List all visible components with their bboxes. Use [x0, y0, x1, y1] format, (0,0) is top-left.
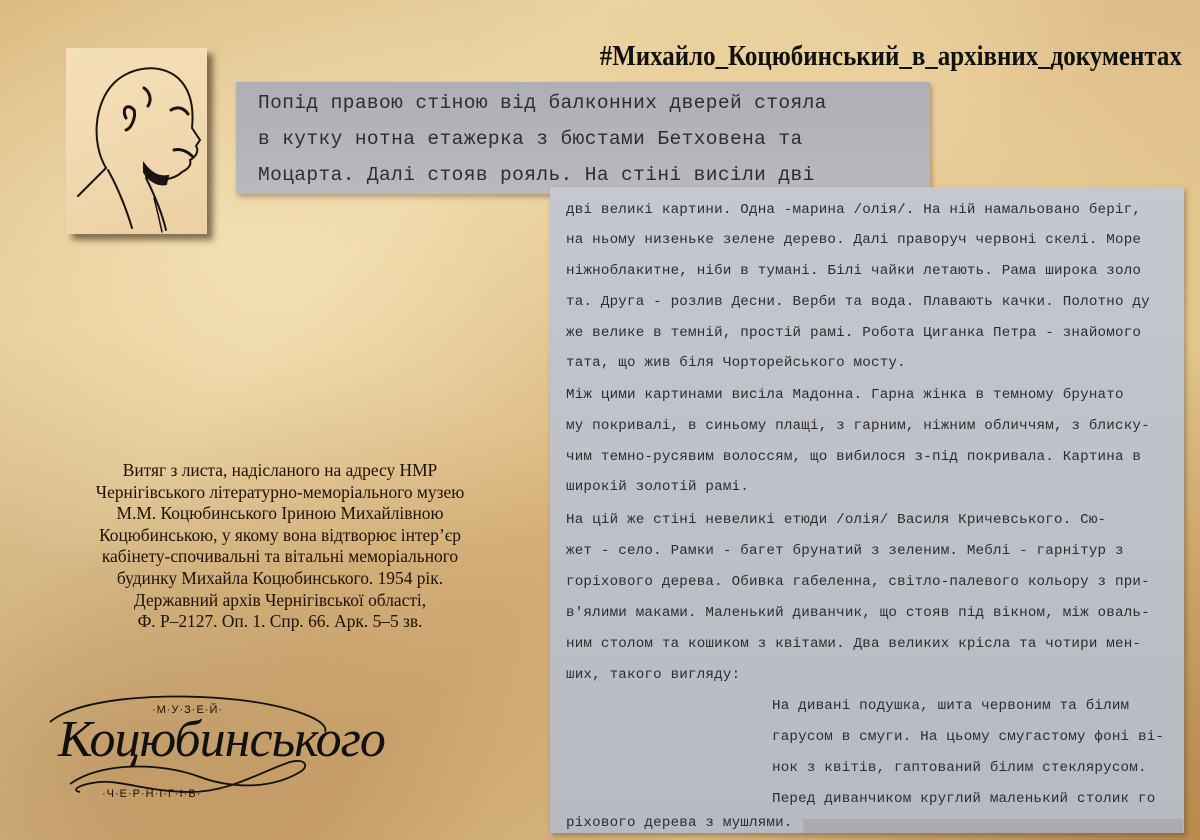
museum-logo: ·М·У·З·Е·Й· Коцюбинського ·Ч·Е·Р·Н·І·Г·І… [40, 692, 340, 807]
document-line: ним столом та кошиком з квітами. Два вел… [566, 636, 1141, 652]
document-line: жет - село. Рамки - багет брунатий з зел… [566, 543, 1124, 559]
document-line: же велике в темній, простій рамі. Робота… [566, 325, 1141, 341]
document-line: гарусом в смуги. На цьому смугастому фон… [772, 729, 1164, 745]
hashtag-title: #Михайло_Коцюбинський_в_архівних_докумен… [600, 40, 1182, 73]
caption-line: Ф. Р–2127. Оп. 1. Спр. 66. Арк. 5–5 зв. [40, 611, 520, 633]
document-line: чим темно-русявим волоссям, що вибилося … [566, 449, 1141, 465]
document-line: дві великі картини. Одна -марина /олія/.… [566, 202, 1141, 218]
caption-text: Витяг з листа, надісланого на адресу НМР… [40, 460, 520, 633]
document-line: ріхового дерева з мушлями. [566, 815, 793, 831]
portrait-sketch-icon [66, 48, 207, 234]
caption-line: М.М. Коцюбинського Іриною Михайлівною [40, 503, 520, 525]
logo-bottom-text: ·Ч·Е·Р·Н·І·Г·І·В· [102, 788, 201, 800]
document-line: нок з квітів, гаптований білим стеклярус… [772, 760, 1147, 776]
document-line: горіхового дерева. Обивка габеленна, сві… [566, 574, 1150, 590]
logo-script-text: Коцюбинського [58, 710, 385, 769]
document-line: широкій золотій рамі. [566, 479, 749, 495]
document-line: На цій же стіні невеликі етюди /олія/ Ва… [566, 512, 1106, 528]
caption-line: Коцюбинською, у якому вона відтворює інт… [40, 525, 520, 547]
document-line: в кутку нотна етажерка з бюстами Бетхове… [258, 128, 803, 150]
document-line: на ньому низеньке зелене дерево. Далі пр… [566, 232, 1141, 248]
caption-line: будинку Михайла Коцюбинського. 1954 рік. [40, 568, 520, 590]
document-line: Моцарта. Далі стояв рояль. На стіні висі… [258, 164, 815, 186]
document-fragment-main: дві великі картини. Одна -марина /олія/.… [550, 187, 1184, 833]
document-line: ших, такого вигляду: [566, 667, 740, 683]
caption-line: Чернігівського літературно-меморіального… [40, 482, 520, 504]
caption-line: Витяг з листа, надісланого на адресу НМР [40, 460, 520, 482]
document-line: Між цими картинами висіла Мадонна. Гарна… [566, 387, 1124, 403]
caption-line: Державний архів Чернігівської області, [40, 590, 520, 612]
document-line: На дивані подушка, шита червоним та біли… [772, 698, 1129, 714]
document-line: та. Друга - розлив Десни. Верби та вода.… [566, 294, 1150, 310]
document-crop-edge [803, 819, 1183, 833]
document-line: му покривалі, в синьому плащі, з гарним,… [566, 418, 1150, 434]
document-line: Попід правою стіною від балконних дверей… [258, 92, 827, 114]
document-line: ніжноблакитне, ніби в тумані. Білі чайки… [566, 263, 1141, 279]
document-line: в'ялими маками. Маленький диванчик, що с… [566, 605, 1150, 621]
document-line: тата, що жив біля Чорторейського мосту. [566, 355, 906, 371]
caption-line: кабінету-спочивальні та вітальні меморіа… [40, 546, 520, 568]
portrait-image [66, 48, 207, 234]
document-line: Перед диванчиком круглий маленький столи… [772, 791, 1155, 807]
document-fragment-top: Попід правою стіною від балконних дверей… [236, 82, 930, 194]
